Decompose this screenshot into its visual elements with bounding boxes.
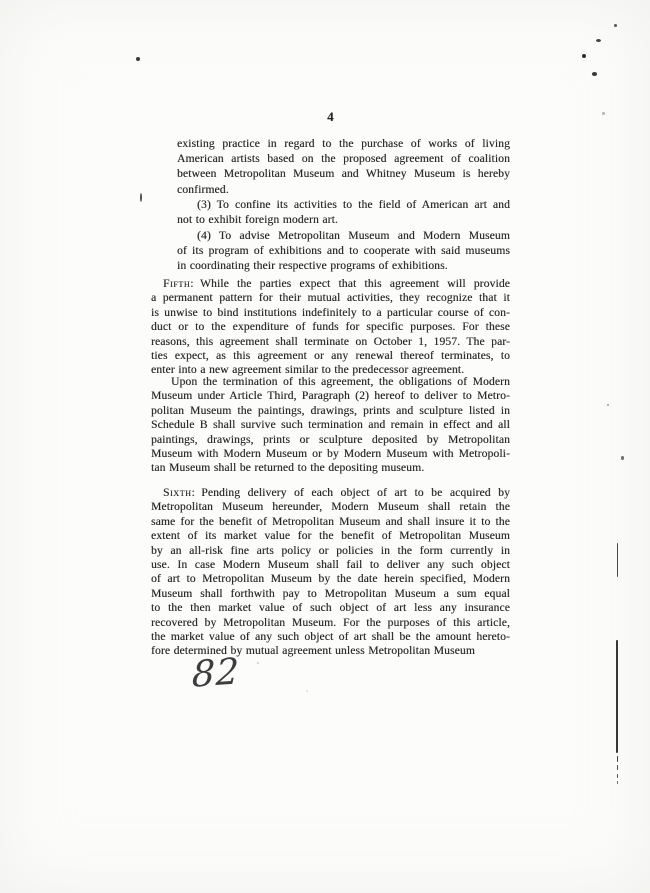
text-line: same for the benefit of Metropolitan Mus… [151, 515, 510, 529]
margin-line-segment [617, 774, 619, 778]
handwritten-page-note: 82 [191, 651, 240, 696]
text-line: to the then market value of such object … [151, 601, 510, 615]
text-line: politan Museum the paintings, drawings, … [151, 404, 510, 418]
text-line: in coordinating their respective program… [177, 258, 510, 273]
scan-speck [621, 456, 624, 460]
text-line: Schedule B shall survive such terminatio… [151, 418, 510, 432]
text-line: American artists based on the proposed a… [177, 151, 510, 166]
text-line: tan Museum shall be returned to the depo… [151, 461, 510, 475]
paragraph-upon-termination: Upon the termination of this agreement, … [151, 375, 510, 476]
document-page: 4 existing practice in regard to the pur… [0, 0, 650, 893]
text-line: reasons, this agreement shall terminate … [151, 335, 510, 349]
scan-speck [592, 72, 597, 76]
text-line: of its program of exhibitions and to coo… [177, 243, 510, 258]
scan-speck [582, 54, 586, 58]
scan-speck [136, 57, 140, 61]
text-line: Upon the termination of this agreement, … [151, 375, 510, 389]
text-line: existing practice in regard to the purch… [177, 136, 510, 151]
text-line: of art to Metropolitan Museum by the dat… [151, 572, 510, 586]
text-line: duct or to the expenditure of funds for … [151, 320, 510, 334]
paragraph-item-3: (3) To confine its activities to the fie… [177, 197, 510, 227]
text-line: between Metropolitan Museum and Whitney … [177, 166, 510, 181]
text-line: ties expect, as this agreement or any re… [151, 349, 510, 363]
scan-speck [140, 193, 142, 202]
margin-line-segment [616, 640, 618, 753]
text-line: by an all-risk fine arts policy or polic… [151, 544, 510, 558]
text-line: (4) To advise Metropolitan Museum and Mo… [177, 228, 510, 243]
text-line: Museum under Article Third, Paragraph (2… [151, 389, 510, 403]
page-number: 4 [151, 109, 510, 125]
text-line: confirmed. [177, 182, 510, 197]
margin-line-segment [617, 543, 618, 577]
scan-speck [257, 662, 259, 664]
text-line: Museum with Modern Museum or by Modern M… [151, 447, 510, 461]
text-line: is unwise to bind institutions indefinit… [151, 306, 510, 320]
smallcaps-heading: Sixth: [163, 486, 195, 499]
scan-speck [306, 690, 308, 692]
paragraph-item-4: (4) To advise Metropolitan Museum and Mo… [177, 228, 510, 274]
text-line: (3) To confine its activities to the fie… [177, 197, 510, 212]
text-line: Museum shall forthwith pay to Metropolit… [151, 587, 510, 601]
text-line: Sixth: Pending delivery of each object o… [151, 486, 510, 500]
smallcaps-heading: Fifth: [163, 277, 194, 290]
text-line: extent of its market value for the benef… [151, 529, 510, 543]
paragraph-fifth: Fifth: While the parties expect that thi… [151, 277, 510, 378]
margin-line-segment [617, 765, 619, 770]
scan-speck [602, 112, 605, 115]
paragraph-intro-continuation: existing practice in regard to the purch… [177, 136, 510, 197]
margin-line-segment [617, 781, 619, 784]
scan-speck [596, 39, 601, 42]
text-line: the market value of any such object of a… [151, 630, 510, 644]
text-line: paintings, drawings, prints or sculpture… [151, 433, 510, 447]
text-line: Fifth: While the parties expect that thi… [151, 277, 510, 291]
text-line: not to exhibit foreign modern art. [177, 212, 510, 227]
paragraph-sixth: Sixth: Pending delivery of each object o… [151, 486, 510, 659]
scan-speck [614, 24, 617, 27]
text-line: recovered by Metropolitan Museum. For th… [151, 616, 510, 630]
text-line: use. In case Modern Museum shall fail to… [151, 558, 510, 572]
text-line: a permanent pattern for their mutual act… [151, 291, 510, 305]
scan-speck [607, 404, 609, 406]
margin-line-segment [617, 756, 619, 762]
text-line: Metropolitan Museum hereunder, Modern Mu… [151, 500, 510, 514]
